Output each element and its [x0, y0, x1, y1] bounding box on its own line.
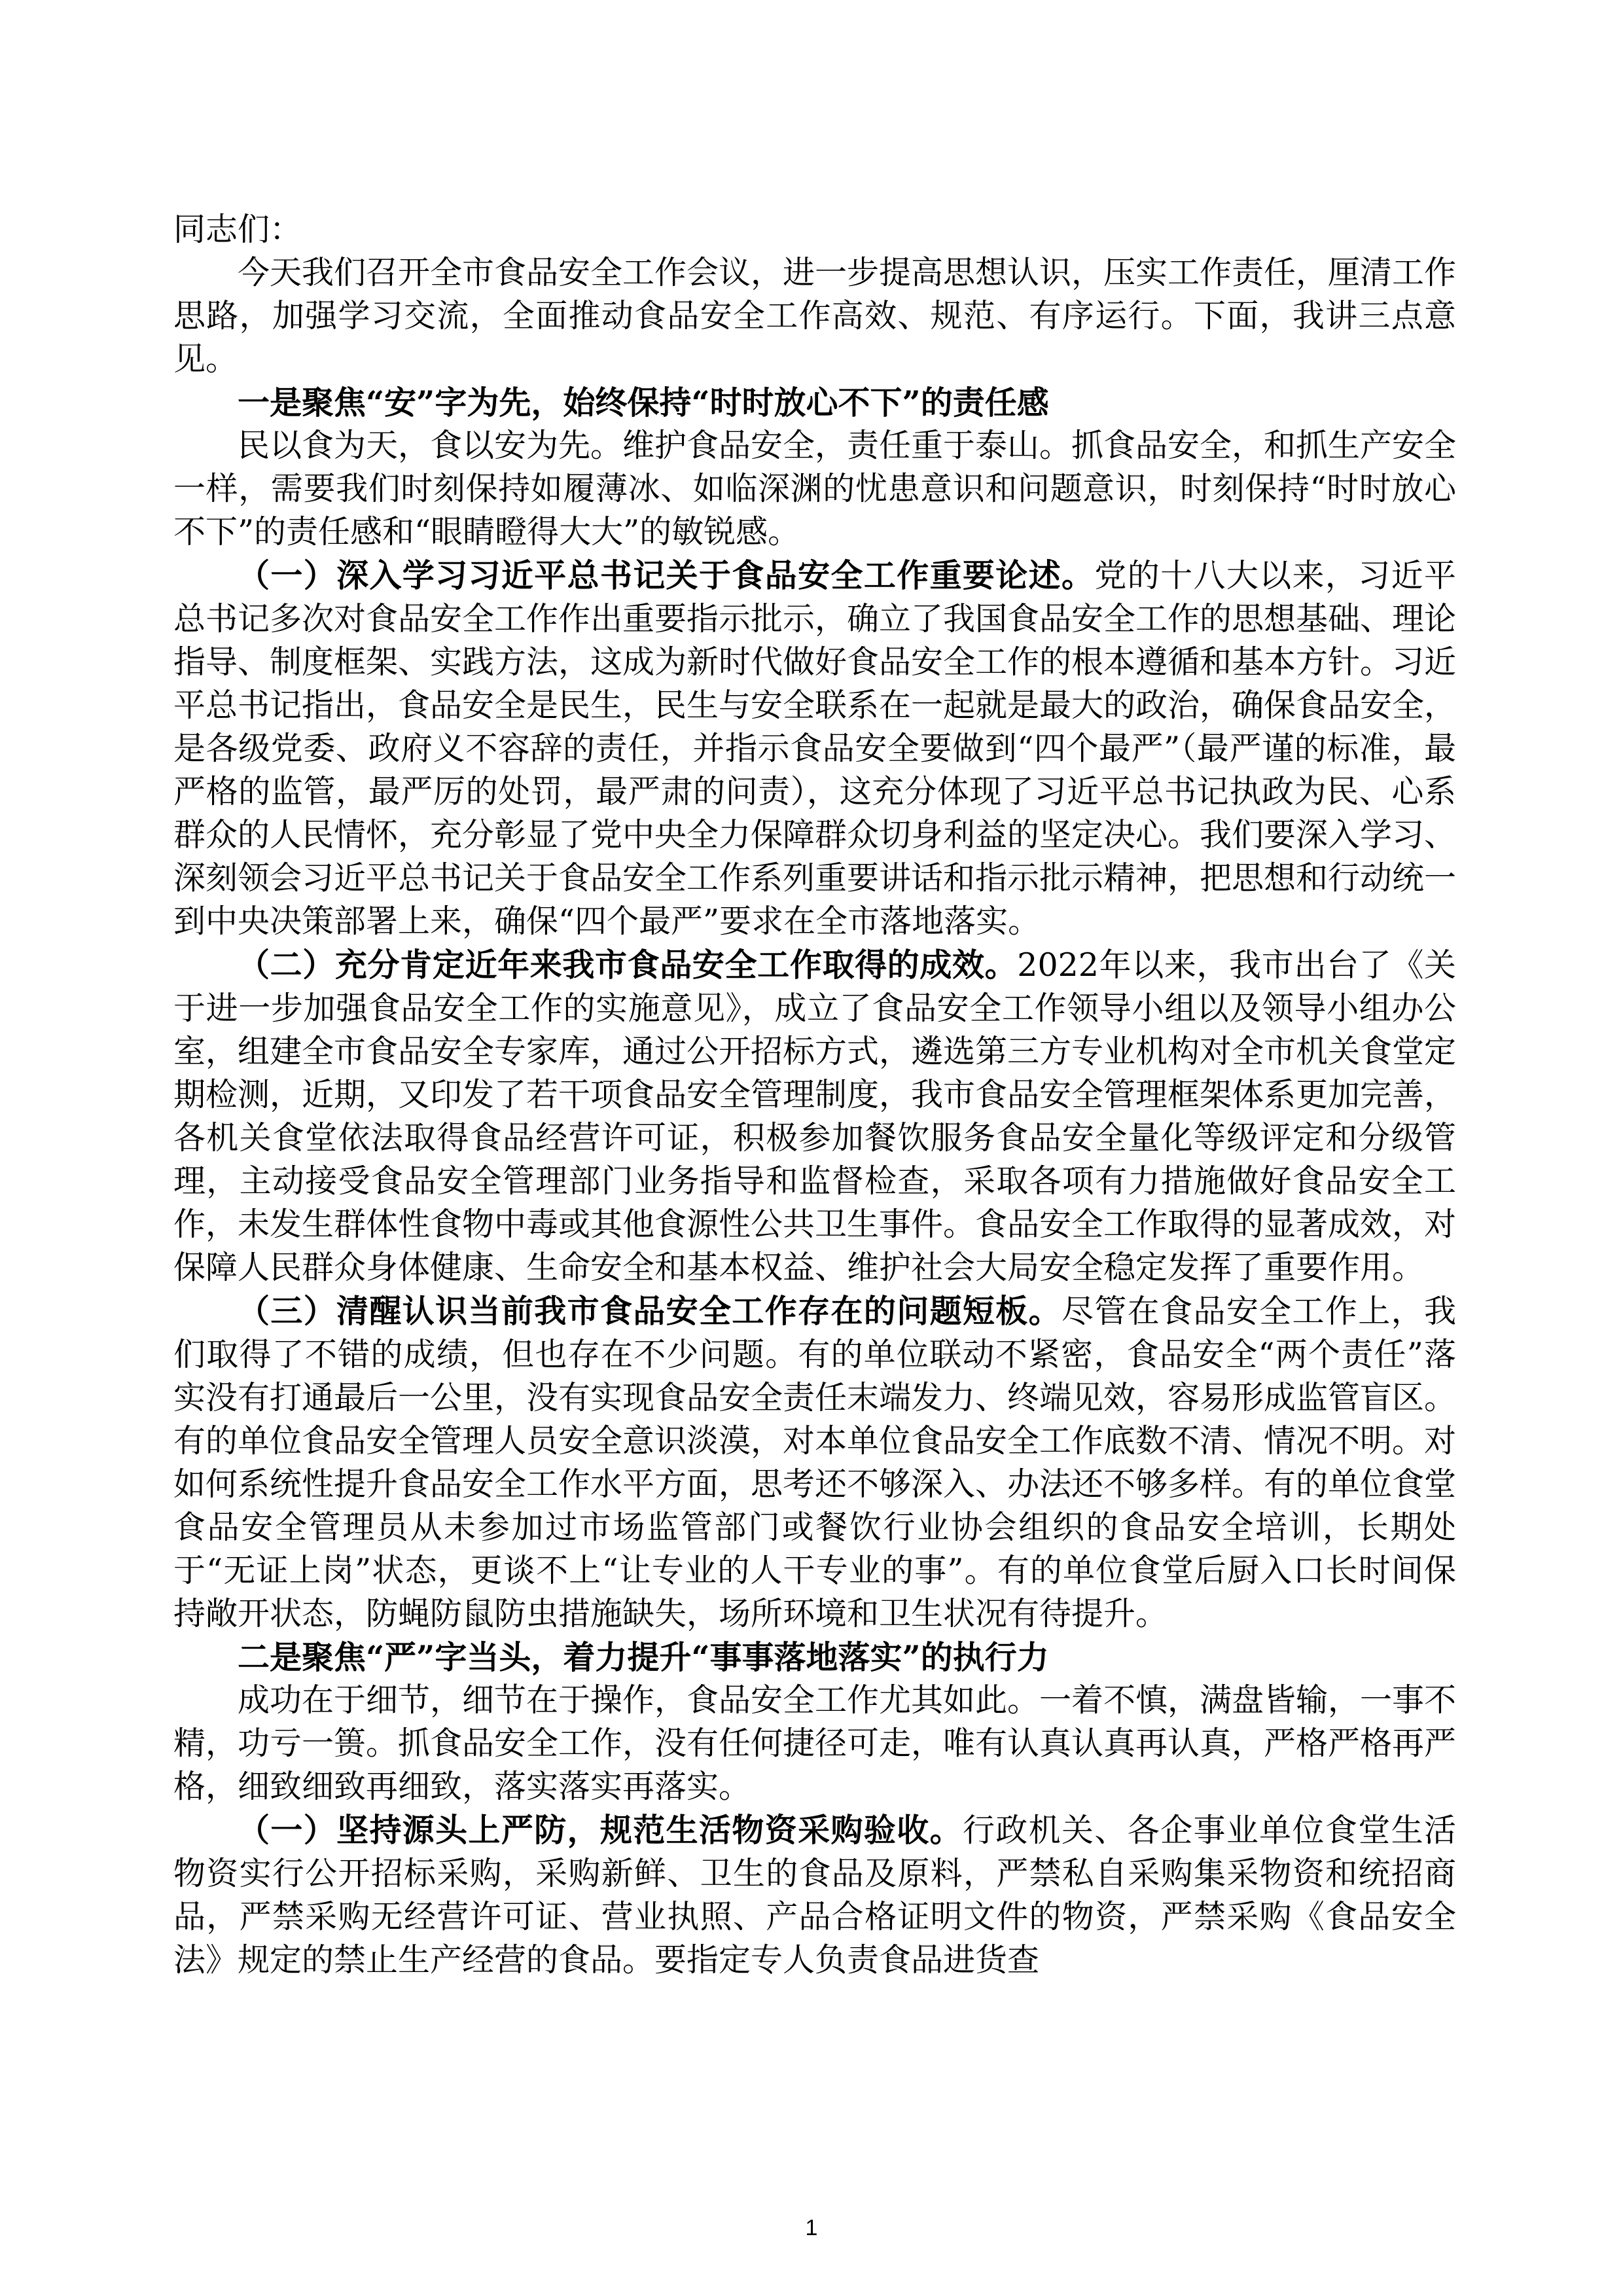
point-lead: （一）坚持源头上严防，规范生活物资采购验收。 [238, 1811, 963, 1849]
section-intro-2: 成功在于细节，细节在于操作，食品安全工作尤其如此。一着不慎，满盘皆输，一事不精，… [173, 1679, 1456, 1808]
point-1-2: （二）充分肯定近年来我市食品安全工作取得的成效。2022年以来，我市出台了《关于… [173, 943, 1456, 1289]
page-number: 1 [0, 2215, 1623, 2241]
point-body: 尽管在食品安全工作上，我们取得了不错的成绩，但也存在不少问题。有的单位联动不紧密… [173, 1293, 1456, 1632]
intro-paragraph: 今天我们召开全市食品安全工作会议，进一步提高思想认识，压实工作责任，厘清工作思路… [173, 251, 1456, 381]
point-lead: （一）深入学习习近平总书记关于食品安全工作重要论述。 [238, 556, 1094, 594]
point-body: 2022年以来，我市出台了《关于进一步加强食品安全工作的实施意见》，成立了食品安… [173, 946, 1456, 1286]
document-page: 同志们： 今天我们召开全市食品安全工作会议，进一步提高思想认识，压实工作责任，厘… [173, 208, 1456, 1982]
section-heading-1: 一是聚焦“安”字为先，始终保持“时时放心不下”的责任感 [173, 381, 1456, 424]
salutation: 同志们： [173, 208, 1456, 251]
point-1-1: （一）深入学习习近平总书记关于食品安全工作重要论述。党的十八大以来，习近平总书记… [173, 554, 1456, 943]
section-intro-1: 民以食为天，食以安为先。维护食品安全，责任重于泰山。抓食品安全，和抓生产安全一样… [173, 424, 1456, 554]
section-heading-2: 二是聚焦“严”字当头，着力提升“事事落地落实”的执行力 [173, 1636, 1456, 1679]
point-body: 党的十八大以来，习近平总书记多次对食品安全工作作出重要指示批示，确立了我国食品安… [173, 557, 1456, 940]
point-lead: （二）充分肯定近年来我市食品安全工作取得的成效。 [238, 946, 1017, 984]
point-1-3: （三）清醒认识当前我市食品安全工作存在的问题短板。尽管在食品安全工作上，我们取得… [173, 1289, 1456, 1636]
point-2-1: （一）坚持源头上严防，规范生活物资采购验收。行政机关、各企事业单位食堂生活物资实… [173, 1808, 1456, 1982]
point-lead: （三）清醒认识当前我市食品安全工作存在的问题短板。 [238, 1292, 1061, 1330]
